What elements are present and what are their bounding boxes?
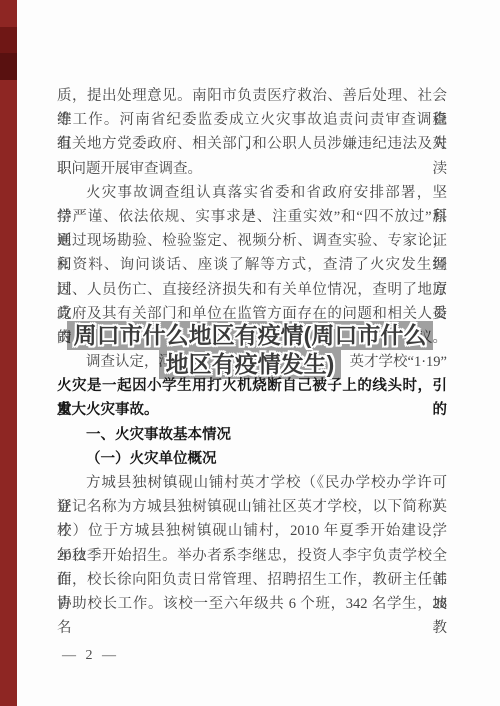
doc-line: 等工作。河南省纪委监委成立火灾事故追责问责审查调查组，对 — [57, 108, 447, 132]
doc-line-fragment-right: 建议。 — [404, 326, 448, 350]
doc-line: （一）火灾单位概况 — [57, 447, 447, 471]
doc-line: 责建议。 — [57, 326, 447, 350]
doc-line: 火灾事故调查组认真落实省委和省政府安排部署，坚持“科 — [57, 181, 447, 205]
doc-line: 协助校长工作。该校一至六年级共 6 个班，342 名学生，28 名教 — [57, 592, 447, 616]
doc-line: 质，提出处理意见。南阳市负责医疗救治、善后处理、社会维稳 — [57, 84, 447, 108]
doc-line: 方城县独树镇砚山铺村英才学校（《民办学校办学许可证》 — [57, 471, 447, 495]
document-page: { "page": { "background": "#fdfdfd", "fo… — [0, 0, 500, 706]
doc-line: 登记名称为方城县独树镇砚山铺社区英才学校，以下简称英才学 — [57, 495, 447, 519]
doc-line: 作，校长徐向阳负责日常管理、招聘招生工作，教研主任韩青坡 — [57, 568, 447, 592]
doc-line: 通过现场勘验、检验鉴定、视频分析、调查实验、专家论证和调 — [57, 229, 447, 253]
doc-line: 火灾是一起因小学生用打火机烧断自己被子上的线头时，引发的 — [57, 374, 447, 398]
doc-line-fragment-left: 责 — [57, 326, 72, 350]
left-bar-dark-block-2 — [0, 53, 17, 80]
doc-line: 因、人员伤亡、直接经济损失和有关单位情况，查明了地方党委 — [57, 278, 447, 302]
doc-line: 有关地方党委政府、相关部门和公职人员涉嫌违纪违法及失职渎 — [57, 132, 447, 156]
doc-line: 年秋季开始招生。举办者系李继忠，投资人李宇负责学校全面工 — [57, 544, 447, 568]
doc-line: 学严谨、依法依规、实事求是、注重实效”和“四不放过”原则， — [57, 205, 447, 229]
doc-line-fragment-right: 英才学校“1·19” — [350, 350, 447, 374]
doc-line-fragment-left: 调查认定，河 — [86, 350, 173, 374]
doc-line: 政府及其有关部门和单位在监管方面存在的问题和相关人员的 — [57, 302, 447, 326]
left-red-bar — [0, 0, 17, 706]
left-bar-dark-block-1 — [0, 27, 17, 53]
document-text: 质，提出处理意见。南阳市负责医疗救治、善后处理、社会维稳等工作。河南省纪委监委成… — [57, 84, 447, 616]
page-number: — 2 — — [62, 648, 117, 664]
doc-line: 调查认定，河英才学校“1·19” — [57, 350, 447, 374]
doc-line: 阅资料、询问谈话、座谈了解等方式，查清了火灾发生经过、原 — [57, 253, 447, 277]
doc-line: 一、火灾事故基本情况 — [57, 423, 447, 447]
doc-line: 校）位于方城县独树镇砚山铺村，2010 年夏季开始建设，2012 — [57, 519, 447, 543]
